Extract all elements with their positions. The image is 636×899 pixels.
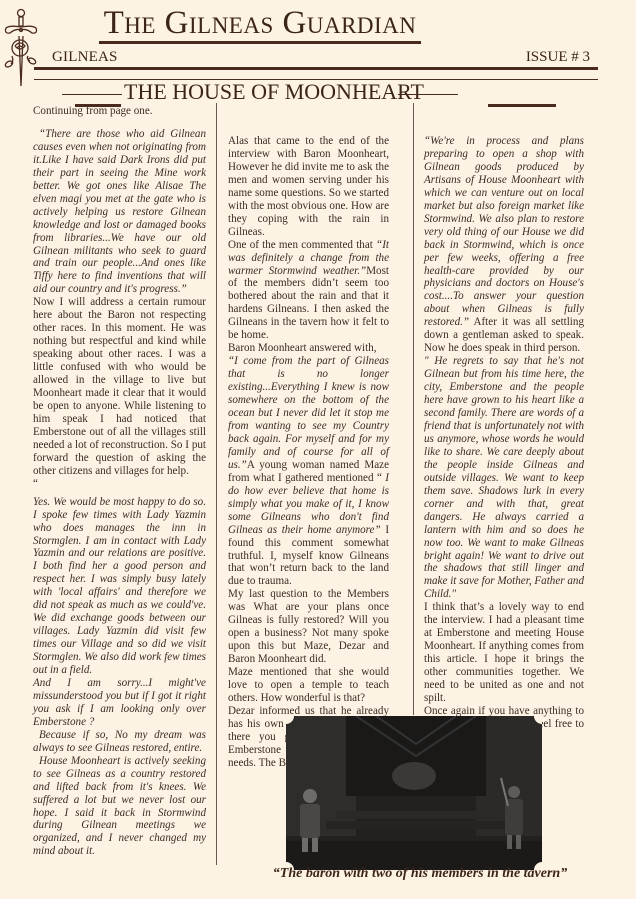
location-label: GILNEAS	[52, 49, 118, 66]
quote-paragraph: “There are those who aid Gilnean causes …	[33, 128, 206, 296]
column-divider-2	[413, 103, 414, 715]
issue-number-wrap: ISSUE # 3	[500, 48, 590, 66]
issue-number: ISSUE # 3	[526, 49, 590, 65]
quote-paragraph: Yes. We would be most happy to do so. I …	[33, 496, 206, 677]
title-rule-right	[398, 94, 458, 95]
column-divider-1	[216, 103, 217, 865]
body-paragraph: Baron Moonheart answered with,	[228, 342, 389, 355]
masthead-title: The Gilneas Guardian	[98, 4, 422, 42]
quote-paragraph: “I come from the part of Gilneas that is…	[228, 355, 389, 588]
title-rule-left	[62, 94, 122, 95]
open-quote-mark: “	[33, 478, 206, 491]
header-rule-thick	[34, 67, 598, 70]
quote-paragraph: " He regrets to say that he's not Gilnea…	[424, 355, 584, 601]
body-paragraph: Alas that came to the end of the intervi…	[228, 135, 389, 239]
body-text: One of the men commented that	[228, 239, 376, 251]
body-paragraph: I think that’s a lovely way to end the i…	[424, 601, 584, 705]
quote-paragraph: House Moonheart is actively seeking to s…	[33, 755, 206, 859]
tavern-scene-image	[286, 716, 542, 870]
quote-paragraph: Because if so, No my dream was always to…	[33, 729, 206, 755]
article-column-2: Alas that came to the end of the intervi…	[228, 135, 389, 770]
article-column-3: “We're in process and plans preparing to…	[424, 135, 584, 744]
body-paragraph: My last question to the Members was What…	[228, 588, 389, 666]
dagger-rose-icon	[2, 6, 42, 90]
article-title: THE HOUSE OF MOONHEART	[124, 80, 394, 104]
body-paragraph: One of the men commented that “It was de…	[228, 239, 389, 343]
quote-text: “We're in process and plans preparing to…	[424, 135, 584, 328]
quote-paragraph: And I am sorry...I might've missundersto…	[33, 677, 206, 729]
quote-paragraph: “We're in process and plans preparing to…	[424, 135, 584, 355]
column-3-bar	[488, 104, 556, 107]
intro-line: Continuing from page one.	[33, 105, 206, 118]
article-photo	[286, 716, 542, 870]
body-text: A young woman named Maze from what I gat…	[228, 459, 389, 484]
body-paragraph: Now I will address a certain rumour here…	[33, 296, 206, 477]
photo-caption: “The baron with two of his members in th…	[260, 866, 580, 881]
body-paragraph: Maze mentioned that she would love to op…	[228, 666, 389, 705]
masthead-underline	[99, 41, 421, 44]
quote-text: “I come from the part of Gilneas that is…	[228, 355, 389, 471]
article-column-1: Continuing from page one. “There are tho…	[33, 105, 206, 858]
